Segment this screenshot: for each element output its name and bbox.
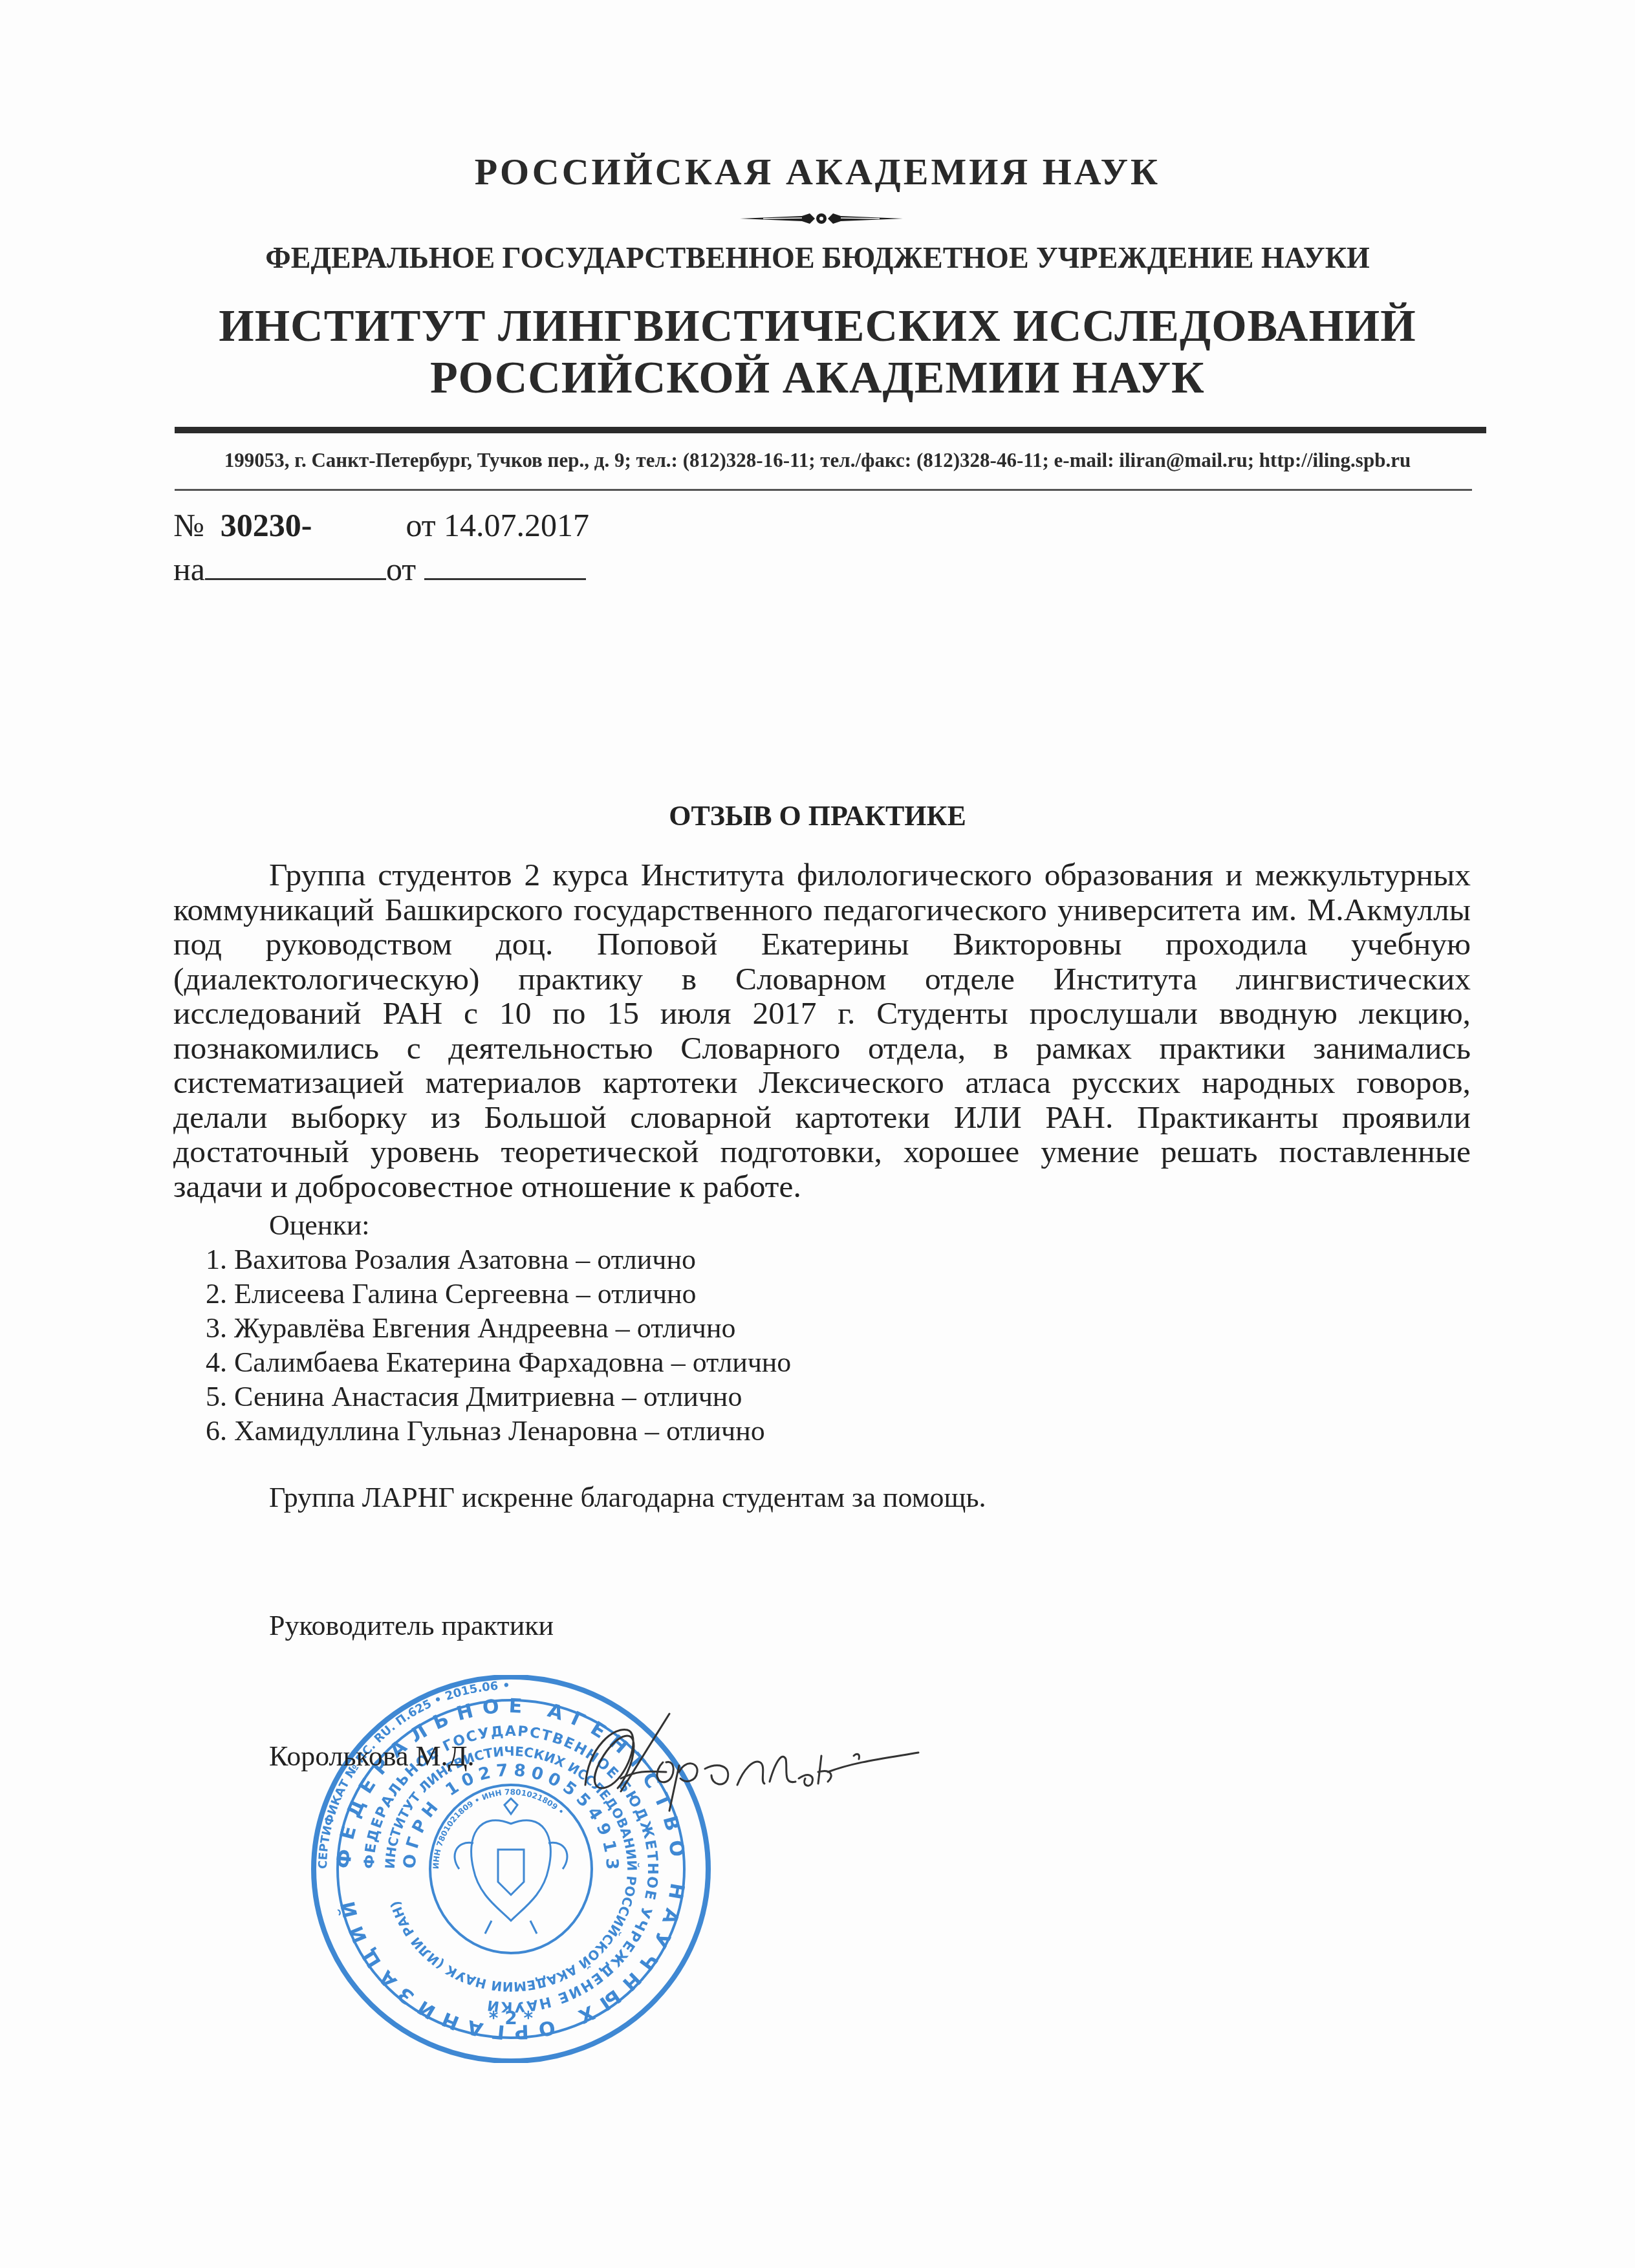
reply-reference-line: наот [173, 548, 586, 589]
svg-text:* 2 *: * 2 * [489, 2007, 534, 2029]
review-paragraph-text: Группа студентов 2 курса Института филол… [173, 857, 1471, 1204]
reply-label: на [173, 551, 205, 587]
header-divider-thick [175, 427, 1486, 433]
grade-item: 6. Хамидуллина Гульназ Ленаровна – отлич… [206, 1414, 791, 1448]
grade-item: 4. Салимбаева Екатерина Фархадовна – отл… [206, 1345, 791, 1379]
signature-icon [582, 1707, 970, 1850]
reply-date-blank [424, 548, 586, 580]
registration-number-line: № 30230- от 14.07.2017 [173, 506, 589, 545]
contact-address: 199053, г. Санкт-Петербург, Тучков пер.,… [0, 449, 1635, 472]
grade-item: 1. Вахитова Розалия Азатовна – отлично [206, 1242, 791, 1277]
grades-heading: Оценки: [269, 1208, 370, 1242]
institution-type: ФЕДЕРАЛЬНОЕ ГОСУДАРСТВЕННОЕ БЮДЖЕТНОЕ УЧ… [0, 241, 1635, 275]
institute-name-line1: ИНСТИТУТ ЛИНГВИСТИЧЕСКИХ ИССЛЕДОВАНИЙ [0, 301, 1635, 352]
institute-name-line2: РОССИЙСКОЙ АКАДЕМИИ НАУК [0, 352, 1635, 404]
reply-number-blank [205, 548, 386, 580]
document-title: ОТЗЫВ О ПРАКТИКЕ [0, 799, 1635, 832]
number-sign: № [173, 507, 204, 543]
grade-item: 2. Елисеева Галина Сергеевна – отлично [206, 1277, 791, 1311]
grade-item: 5. Сенина Анастасия Дмитриевна – отлично [206, 1379, 791, 1414]
grade-item: 3. Журавлёва Евгения Андреевна – отлично [206, 1311, 791, 1345]
supervisor-label: Руководитель практики [269, 1609, 554, 1642]
registration-date: 14.07.2017 [444, 507, 589, 543]
reply-date-label: от [386, 551, 416, 587]
header-divider-thin [175, 489, 1472, 491]
grades-list: 1. Вахитова Розалия Азатовна – отлично 2… [206, 1242, 791, 1448]
registration-number: 30230- [221, 507, 312, 543]
date-label: от [406, 507, 435, 543]
thanks-note: Группа ЛАРНГ искренне благодарна студент… [269, 1481, 986, 1514]
institute-name: ИНСТИТУТ ЛИНГВИСТИЧЕСКИХ ИССЛЕДОВАНИЙ РО… [0, 301, 1635, 404]
review-paragraph: Группа студентов 2 курса Института филол… [173, 858, 1471, 1204]
ornament-divider-icon [737, 208, 905, 229]
signer-name: Королькова М.Д. [269, 1740, 475, 1773]
academy-name: РОССИЙСКАЯ АКАДЕМИЯ НАУК [0, 150, 1635, 193]
